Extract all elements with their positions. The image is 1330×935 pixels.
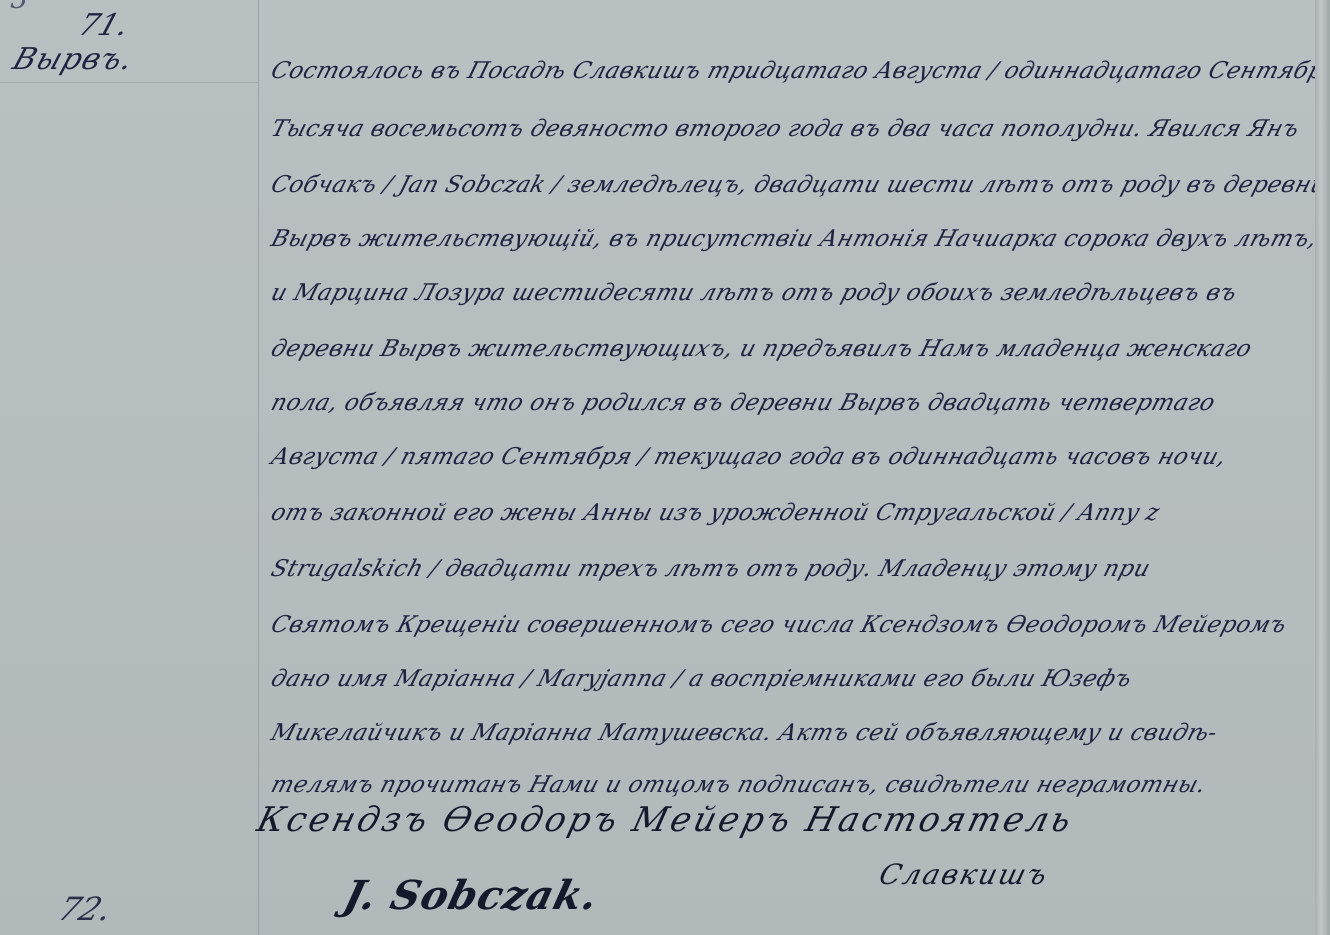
- entry-number: 71.: [74, 8, 133, 43]
- next-entry-number: 72.: [54, 890, 117, 928]
- record-line: Strugalskich / двадцати трехъ лѣтъ отъ р…: [268, 556, 1153, 582]
- margin-horizontal-rule: [0, 82, 258, 83]
- record-line: Состоялось въ Посадѣ Славкишъ тридцатаго…: [268, 58, 1330, 84]
- parish-signature: Славкишъ: [876, 858, 1052, 891]
- page-edge: [1315, 0, 1330, 935]
- record-line: Августа / пятаго Сентября / текущаго год…: [268, 444, 1229, 470]
- record-line: отъ законной его жены Анны изъ урожденно…: [268, 500, 1163, 526]
- margin-rule: [258, 0, 259, 935]
- record-line: пола, объявляя что онъ родился въ деревн…: [268, 390, 1218, 416]
- record-line: Святомъ Крещеніи совершенномъ сего числа…: [268, 612, 1289, 638]
- father-signature: J. Sobczak.: [339, 872, 604, 919]
- record-line: Собчакъ / Jan Sobczak / земледѣлецъ, два…: [268, 172, 1330, 198]
- entry-village: Вырвъ.: [8, 42, 138, 77]
- record-line-child-name: дано имя Маріанна / Maryjanna / а воспрі…: [268, 666, 1135, 692]
- record-line: Тысяча восемьсотъ девяносто второго года…: [268, 116, 1302, 142]
- record-line: Вырвъ жительствующій, въ присутствіи Ант…: [268, 226, 1320, 252]
- record-line: и Марцина Лозура шестидесяти лѣтъ отъ ро…: [268, 280, 1240, 306]
- priest-signature: Ксендзъ Өеодоръ Мейеръ Настоятель: [253, 800, 1078, 840]
- record-line: Микелайчикъ и Маріанна Матушевска. Актъ …: [268, 720, 1220, 746]
- register-page: 5 71. Вырвъ. 72. Состоялось въ Посадѣ Сл…: [0, 0, 1315, 935]
- record-line: деревни Вырвъ жительствующихъ, и предъяв…: [268, 336, 1255, 362]
- record-line: телямъ прочитанъ Нами и отцомъ подписанъ…: [268, 772, 1209, 798]
- previous-page-mark: 5: [10, 0, 28, 15]
